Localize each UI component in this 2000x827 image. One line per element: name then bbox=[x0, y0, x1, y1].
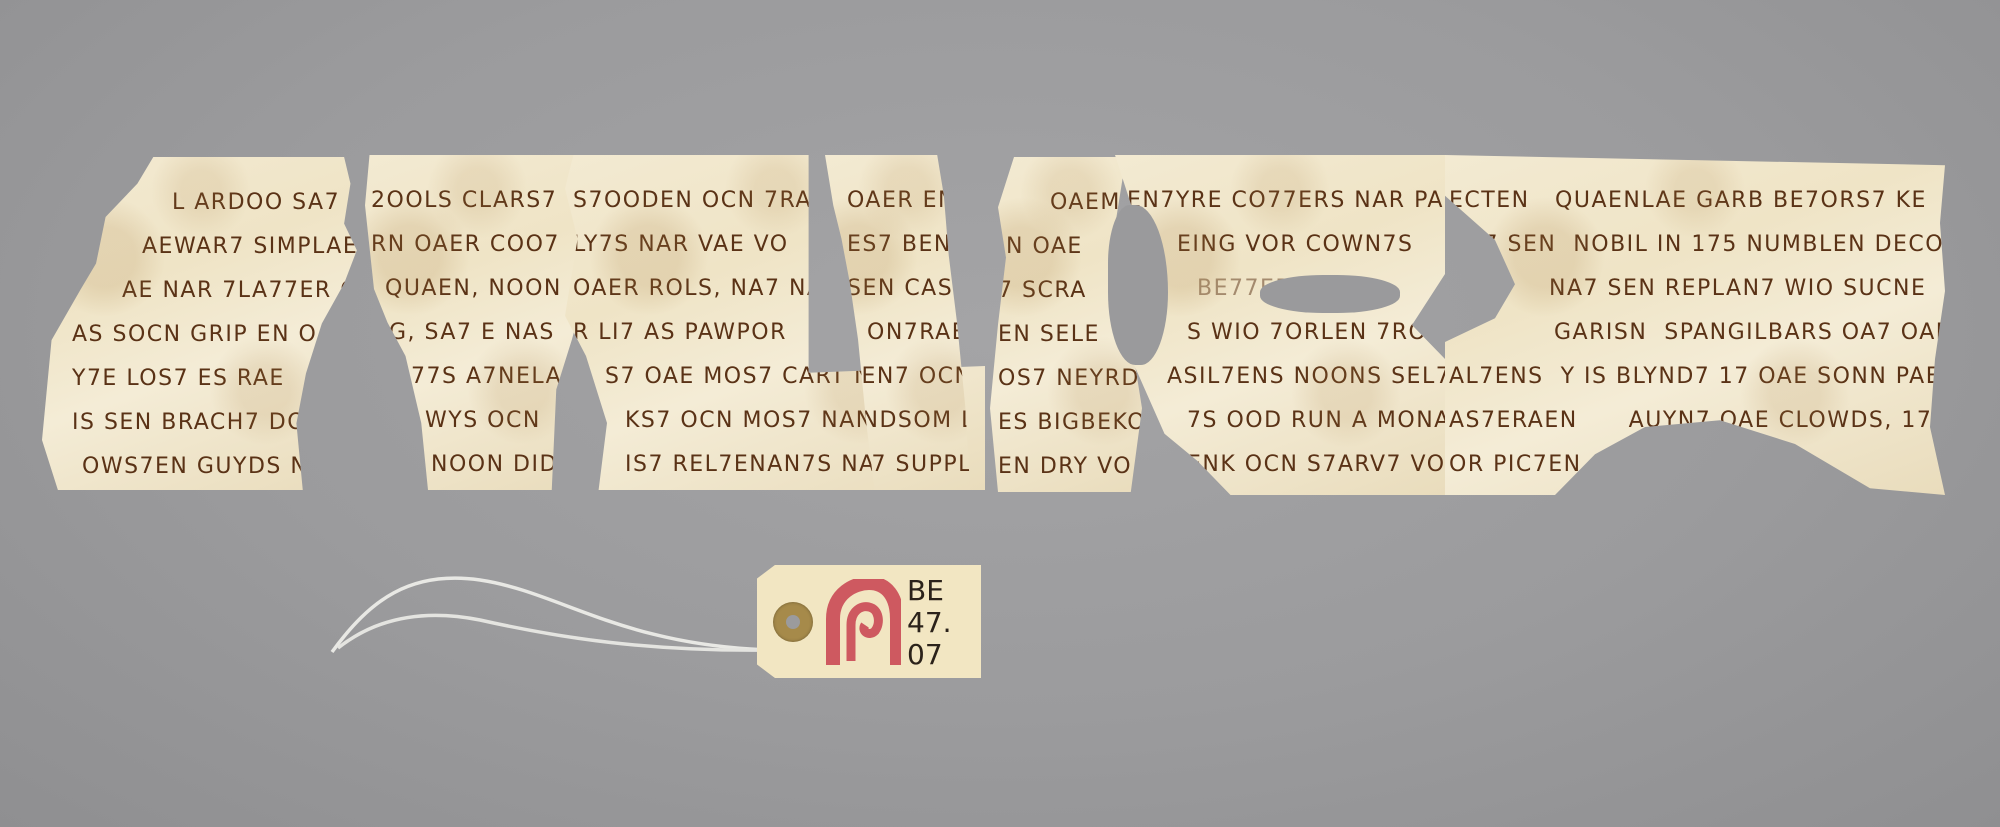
fragment-text-line: AEWAR7 SIMPLAE bbox=[102, 225, 360, 269]
spiral-stamp-icon bbox=[825, 579, 901, 667]
fragment-text-line: WYS OCN bbox=[371, 399, 590, 443]
tag-grommet bbox=[773, 602, 813, 642]
fragment-text-line: AE NAR 7LA77ER OA bbox=[102, 269, 360, 313]
fragment-text-line: OAER EN7Y bbox=[847, 179, 990, 223]
fragment-text-line: ASIL7ENS NOONS SEL7K bbox=[1127, 355, 1445, 399]
tag-string bbox=[330, 560, 810, 660]
fragment-text-line: EN7YRE CO77ERS NAR PA bbox=[1127, 179, 1445, 223]
fragment-text-line: NOON DID bbox=[371, 443, 590, 487]
tag-code-line: 07 bbox=[907, 639, 977, 671]
fragment-text-line: 2OOLS CLARS7 bbox=[371, 179, 590, 223]
fragment-text-line: IS SEN BRACH7 DOR bbox=[72, 401, 360, 445]
fragment-text-line: AS SOCN GRIP EN OAE bbox=[72, 313, 360, 357]
fragment-text-line: RN OAER COO7 bbox=[371, 223, 590, 267]
fragment-text-line: GARISN SPANGILBARS OA7 OAE bbox=[1449, 311, 1945, 355]
fragment-text-line: QUAEN, NOON bbox=[371, 267, 590, 311]
fragment-text-line: S WIO 7ORLEN 7RO bbox=[1127, 311, 1445, 355]
fragment-text-line: SEN CAS7 bbox=[847, 267, 990, 311]
fragment-text-line: L ARDOO SA7 a bbox=[102, 181, 360, 225]
fragment-text-line: NA7 SEN REPLAN7 WIO SUCNE bbox=[1449, 267, 1945, 311]
fragment-text-line: OS7 NEYRD bbox=[998, 357, 1150, 401]
tag-code-line: 47. bbox=[907, 607, 977, 639]
paper-fragment-2: 2OOLS CLARS7 RN OAER COO7 QUAEN, NOON G,… bbox=[365, 155, 590, 490]
paper-fragment-7: ECTEN QUAENLAE GARB BE7ORS7 KE NA7 SEN N… bbox=[1445, 155, 1945, 495]
fragment-text-line: NA7 SEN NOBIL IN 175 NUMBLEN DECOR bbox=[1449, 223, 1945, 267]
fragment-text-line: ES7 BENE7 bbox=[847, 223, 990, 267]
fragment-text-line: OWS7EN GUYDS NF bbox=[82, 445, 360, 489]
fragment-text-line: AS7ERAEN AUYN7 OAE CLOWDS, 17 bbox=[1449, 399, 1945, 443]
fragment-text-line: AL7ENS Y IS BLYND7 17 OAE SONN PAER bbox=[1449, 355, 1945, 399]
fragment-text-line: G, SA7 E NAS bbox=[371, 311, 590, 355]
tag-catalogue-number: BE 47. 07 bbox=[907, 575, 977, 671]
fragment-text-line: 7S OOD RUN A MONAS7 bbox=[1127, 399, 1445, 443]
fragment-text-line: OR PIC7EN SPARE7 bbox=[1449, 443, 1945, 487]
torn-hole bbox=[1260, 275, 1400, 313]
fragment-text-line: Y7E LOS7 ES RAE bbox=[72, 357, 360, 401]
fragment-text-line: ECTEN QUAENLAE GARB BE7ORS7 KE bbox=[1449, 179, 1945, 223]
fragment-text-line: EING VOR COWN7S bbox=[1127, 223, 1445, 267]
fragment-text-line: EN DRY VO bbox=[998, 445, 1150, 489]
fragment-text-line: ON7RAENAE bbox=[847, 311, 990, 355]
fragment-text-line: 77S A7NELA bbox=[371, 355, 590, 399]
catalogue-tag: BE 47. 07 bbox=[757, 565, 981, 678]
paper-fragment-1: L ARDOO SA7 a AEWAR7 SIMPLAE AE NAR 7LA7… bbox=[42, 157, 360, 490]
tag-code-line: BE bbox=[907, 575, 977, 607]
fragment-text-line: ES BIGBEKO bbox=[998, 401, 1150, 445]
photo-scene: L ARDOO SA7 a AEWAR7 SIMPLAE AE NAR 7LA7… bbox=[0, 0, 2000, 827]
fragment-text-line: ENK OCN S7ARV7 VOR bbox=[1127, 443, 1445, 487]
